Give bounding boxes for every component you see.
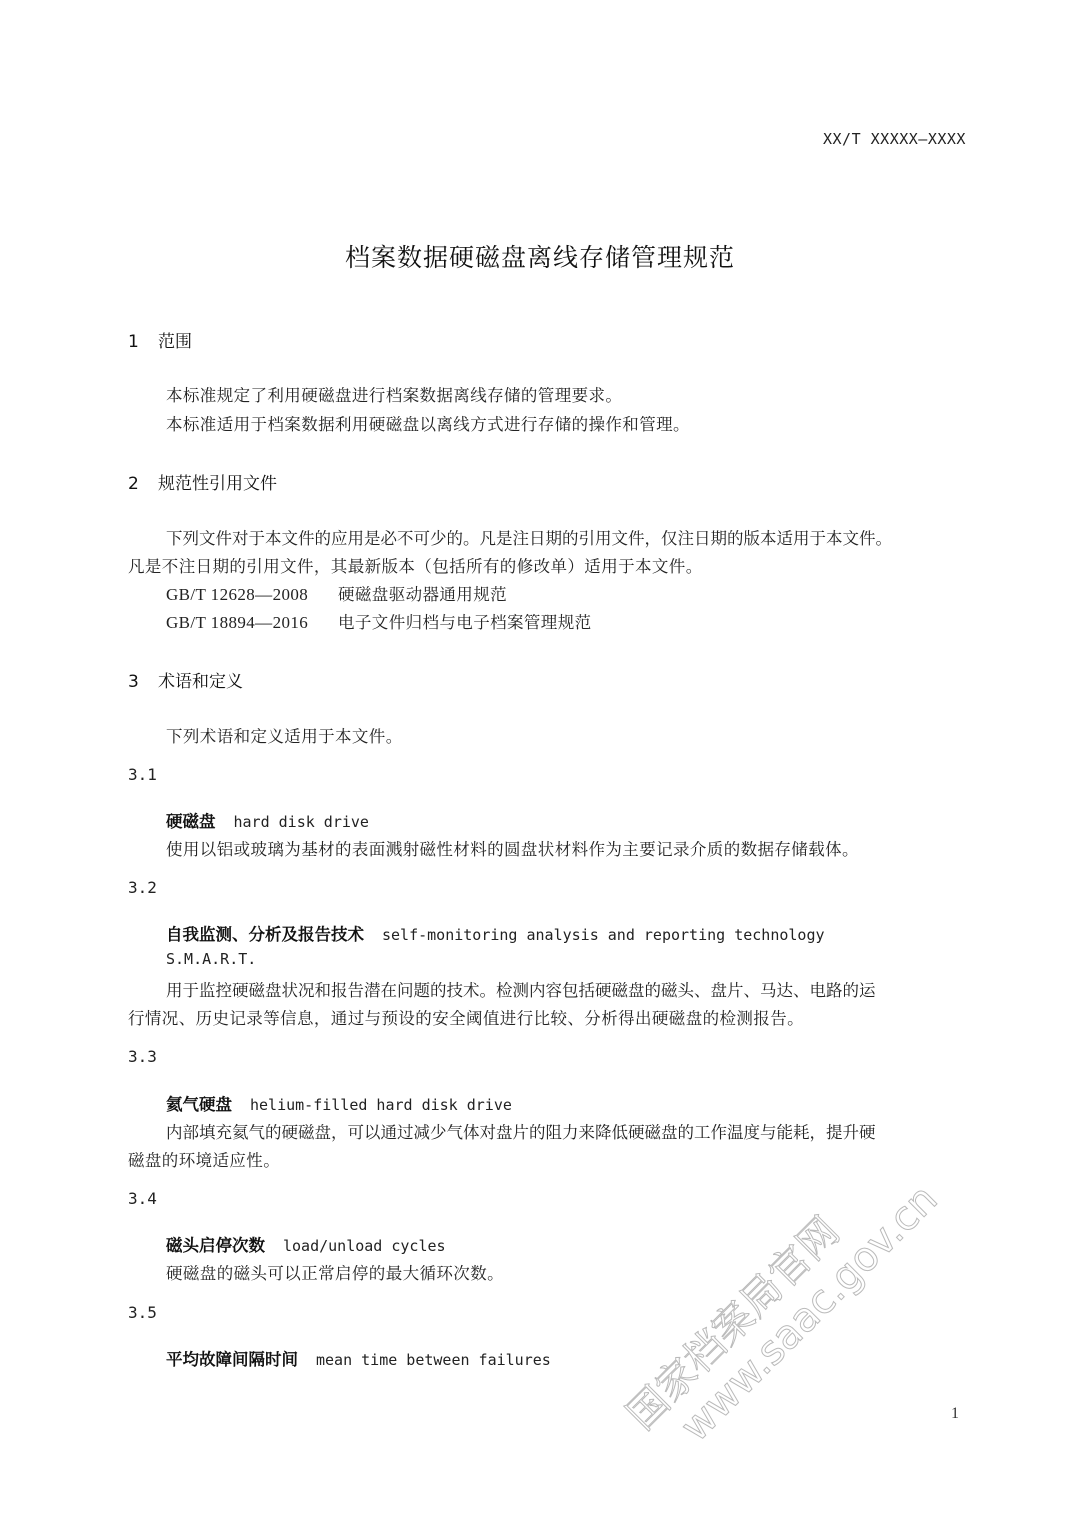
reference-code: GB/T 12628—2008 [166, 585, 338, 605]
reference-item: GB/T 12628—2008硬磁盘驱动器通用规范 [166, 581, 507, 605]
term-abbreviation: S.M.A.R.T. [166, 950, 256, 968]
paragraph: 本标准规定了利用硬磁盘进行档案数据离线存储的管理要求。 [166, 382, 622, 406]
term-definition: 内部填充氦气的硬磁盘，可以通过减少气体对盘片的阻力来降低硬磁盘的工作温度与能耗，… [166, 1119, 876, 1143]
term-number: 3.4 [128, 1189, 157, 1208]
reference-title: 电子文件归档与电子档案管理规范 [338, 613, 592, 632]
section-number: 3 [128, 672, 158, 692]
term-entry: 平均故障间隔时间mean time between failures [166, 1346, 551, 1370]
reference-item: GB/T 18894—2016电子文件归档与电子档案管理规范 [166, 609, 592, 633]
paragraph: 本标准适用于档案数据利用硬磁盘以离线方式进行存储的操作和管理。 [166, 411, 690, 435]
term-number: 3.2 [128, 878, 157, 897]
document-title: 档案数据硬磁盘离线存储管理规范 [0, 238, 1080, 274]
term-en: helium-filled hard disk drive [250, 1096, 512, 1114]
term-zh: 自我监测、分析及报告技术 [166, 925, 364, 944]
term-number: 3.1 [128, 765, 157, 784]
term-zh: 硬磁盘 [166, 812, 216, 831]
paragraph: 下列文件对于本文件的应用是必不可少的。凡是注日期的引用文件，仅注日期的版本适用于… [166, 525, 892, 549]
term-zh: 磁头启停次数 [166, 1236, 265, 1255]
section-2-heading: 2规范性引用文件 [128, 469, 277, 494]
section-number: 2 [128, 474, 158, 494]
term-entry: 磁头启停次数load/unload cycles [166, 1232, 446, 1256]
term-entry: 自我监测、分析及报告技术self-monitoring analysis and… [166, 921, 825, 945]
term-definition: 使用以铝或玻璃为基材的表面溅射磁性材料的圆盘状材料作为主要记录介质的数据存储载体… [166, 836, 859, 860]
term-number: 3.3 [128, 1047, 157, 1066]
term-definition: 硬磁盘的磁头可以正常启停的最大循环次数。 [166, 1260, 504, 1284]
section-number: 1 [128, 332, 158, 352]
page-number: 1 [951, 1405, 959, 1423]
term-definition: 用于监控硬磁盘状况和报告潜在问题的技术。检测内容包括硬磁盘的磁头、盘片、马达、电… [166, 977, 876, 1001]
section-title: 术语和定义 [158, 672, 243, 692]
term-entry: 氦气硬盘helium-filled hard disk drive [166, 1091, 512, 1115]
reference-title: 硬磁盘驱动器通用规范 [338, 585, 507, 604]
standard-code: XX/T XXXXX—XXXX [823, 130, 966, 148]
term-en: load/unload cycles [283, 1237, 446, 1255]
term-definition: 磁盘的环境适应性。 [128, 1147, 280, 1171]
term-en: hard disk drive [234, 813, 369, 831]
term-definition: 行情况、历史记录等信息，通过与预设的安全阈值进行比较、分析得出硬磁盘的检测报告。 [128, 1005, 804, 1029]
reference-code: GB/T 18894—2016 [166, 613, 338, 633]
section-title: 范围 [158, 332, 192, 352]
term-zh: 平均故障间隔时间 [166, 1350, 298, 1369]
section-1-heading: 1范围 [128, 327, 192, 352]
term-en: self-monitoring analysis and reporting t… [382, 926, 825, 944]
term-en: mean time between failures [316, 1351, 551, 1369]
section-title: 规范性引用文件 [158, 474, 277, 494]
term-zh: 氦气硬盘 [166, 1095, 232, 1114]
term-entry: 硬磁盘hard disk drive [166, 808, 369, 832]
term-number: 3.5 [128, 1303, 157, 1322]
paragraph: 下列术语和定义适用于本文件。 [166, 723, 403, 747]
paragraph: 凡是不注日期的引用文件，其最新版本（包括所有的修改单）适用于本文件。 [128, 553, 703, 577]
section-3-heading: 3术语和定义 [128, 667, 243, 692]
